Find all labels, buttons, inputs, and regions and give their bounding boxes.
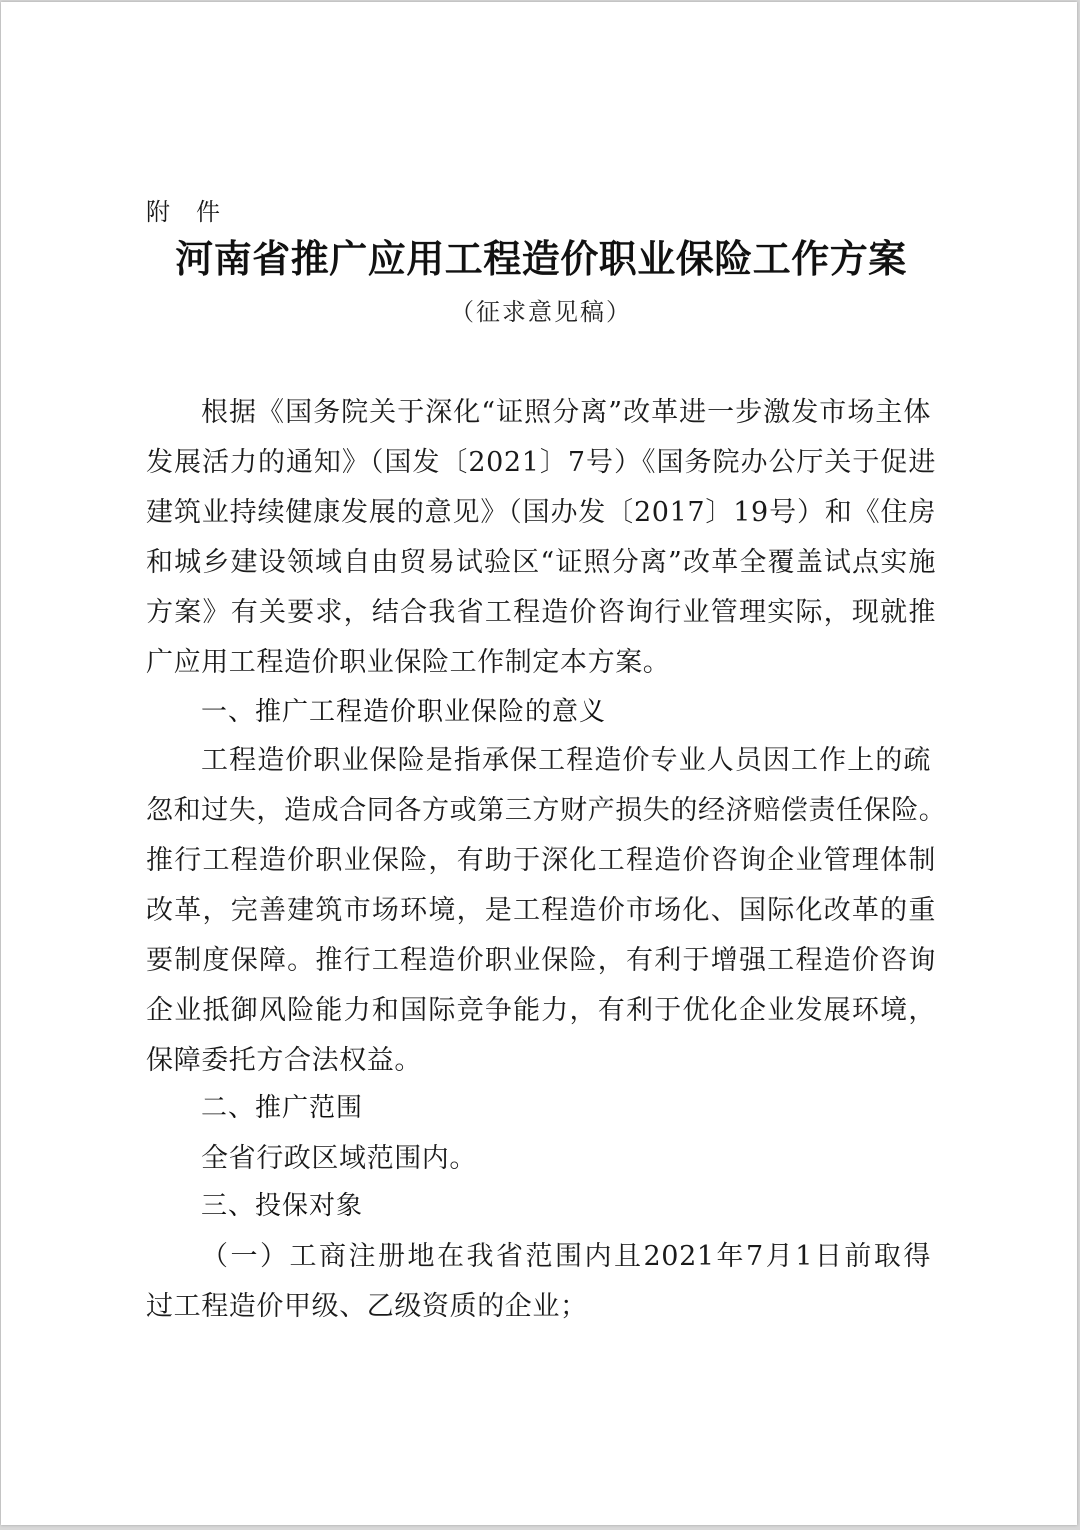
- paragraph-line: 根据《国务院关于深化“证照分离”改革进一步激发市场主体: [201, 399, 931, 426]
- paragraph-line: 要制度保障。推行工程造价职业保险，有利于增强工程造价咨询: [146, 947, 936, 974]
- attachment-label: 附件: [146, 200, 936, 224]
- paragraph-line: 推行工程造价职业保险，有助于深化工程造价咨询企业管理体制: [146, 847, 936, 874]
- paragraph-line: 改革，完善建筑市场环境，是工程造价市场化、国际化改革的重: [146, 897, 936, 924]
- paragraph-line: 广应用工程造价职业保险工作制定本方案。: [146, 649, 936, 676]
- paragraph-line: 工程造价职业保险是指承保工程造价专业人员因工作上的疏: [201, 747, 931, 774]
- section-heading-2: 二、推广范围: [201, 1095, 991, 1121]
- paragraph-line: 方案》有关要求，结合我省工程造价咨询行业管理实际，现就推: [146, 599, 936, 626]
- document-subtitle: （征求意见稿）: [141, 300, 941, 324]
- section-heading-1: 一、推广工程造价职业保险的意义: [201, 699, 991, 725]
- paragraph-line: 过工程造价甲级、乙级资质的企业；: [146, 1293, 936, 1320]
- paragraph-line: 发展活力的通知》（国发〔2021〕7号）《国务院办公厅关于促进: [146, 449, 936, 476]
- document-title: 河南省推广应用工程造价职业保险工作方案: [141, 240, 941, 278]
- document-page: 附件 河南省推广应用工程造价职业保险工作方案 （征求意见稿） 根据《国务院关于深…: [1, 2, 1077, 1525]
- attachment-label-char1: 附: [146, 198, 170, 226]
- section-heading-3: 三、投保对象: [201, 1193, 991, 1219]
- paragraph-line: （一）工商注册地在我省范围内且2021年7月1日前取得: [201, 1243, 931, 1270]
- paragraph-line: 忽和过失，造成合同各方或第三方财产损失的经济赔偿责任保险。: [146, 797, 936, 824]
- attachment-label-char2: 件: [196, 198, 220, 226]
- paragraph-line: 保障委托方合法权益。: [146, 1047, 936, 1074]
- paragraph-line: 全省行政区域范围内。: [201, 1145, 991, 1172]
- paragraph-line: 企业抵御风险能力和国际竞争能力，有利于优化企业发展环境，: [146, 997, 936, 1024]
- paragraph-line: 和城乡建设领域自由贸易试验区“证照分离”改革全覆盖试点实施: [146, 549, 936, 576]
- paragraph-line: 建筑业持续健康发展的意见》（国办发〔2017〕19号）和《住房: [146, 499, 936, 526]
